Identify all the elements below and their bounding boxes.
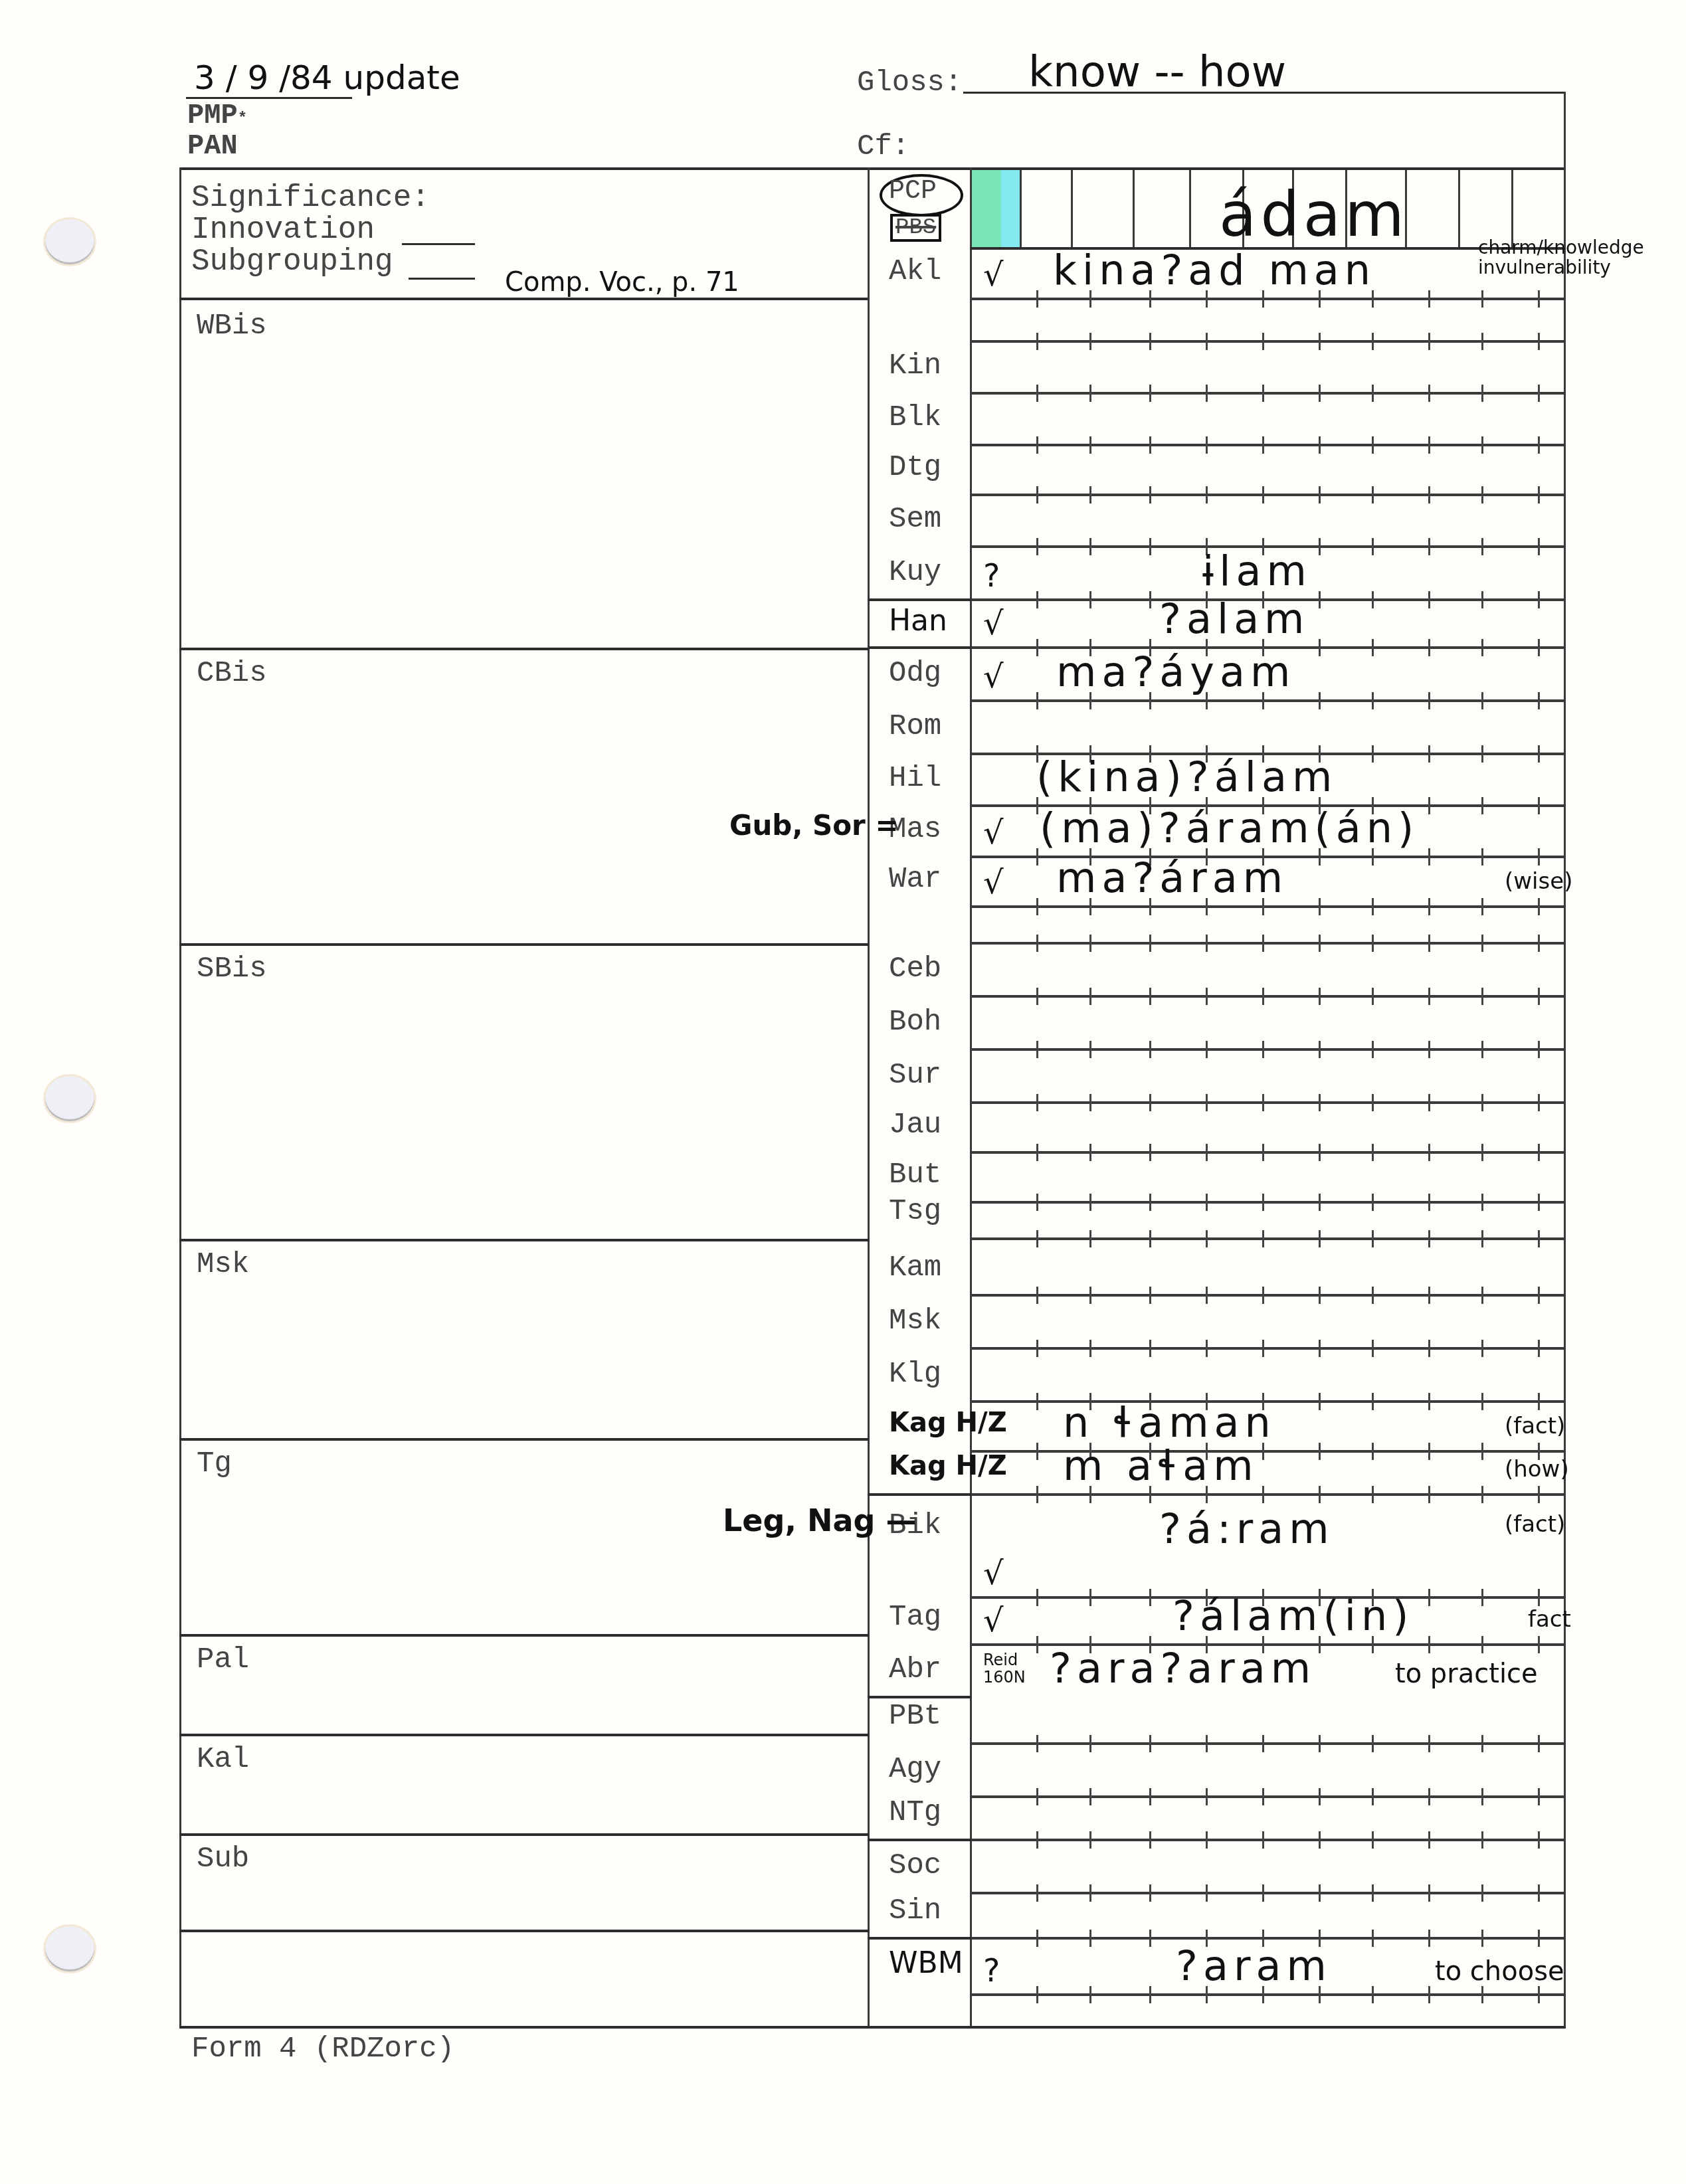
letter-tick [1036,639,1038,656]
section-label-sbis: SBis [197,953,267,986]
letter-tick [1089,1788,1091,1805]
letter-tick [1428,1986,1430,2003]
meaning-note: fact [1528,1606,1571,1633]
letter-tick [1206,1340,1208,1357]
letter-tick [1262,333,1264,350]
letter-tick [1319,935,1321,952]
letter-tick [1481,1486,1483,1503]
letter-tick [1089,988,1091,1005]
letter-tick [1428,1443,1430,1460]
entry-ruled-line [970,1294,1565,1297]
meaning-note: charm/knowledge invulnerability [1478,238,1638,278]
letter-tick [1372,1884,1374,1902]
letter-tick [1089,436,1091,454]
letter-tick [1428,1230,1430,1247]
letter-tick [1036,935,1038,952]
letter-tick [1089,1884,1091,1902]
form-left-border [179,167,181,2027]
language-label: Sem [889,503,941,536]
section-divider [179,1833,869,1836]
check-mark-icon: √ [983,658,1004,695]
letter-tick [1428,333,1430,350]
gloss-underline [963,92,1564,94]
letter-tick [1319,385,1321,402]
check-mark-icon: √ [983,605,1004,642]
cognate-form[interactable]: (ma)?áram(án) [1040,804,1419,852]
letter-tick [1089,1930,1091,1947]
letter-tick [1149,385,1151,402]
section-divider [179,1239,869,1241]
protoform-reconstruction: ádam [1219,179,1408,250]
letter-tick [1262,1230,1264,1247]
letter-tick [1149,333,1151,350]
letter-tick [1206,1831,1208,1849]
letter-tick [1538,1589,1540,1606]
letter-tick [1481,1443,1483,1460]
meaning-note: (fact) [1505,1413,1565,1439]
letter-tick [1036,1486,1038,1503]
letter-tick [1428,1393,1430,1410]
letter-tick [1036,1443,1038,1460]
letter-tick [1538,290,1540,308]
meaning-note: (wise) [1505,868,1572,895]
letter-tick [1319,1735,1321,1752]
letter-tick [1319,1393,1321,1410]
letter-tick [1206,1884,1208,1902]
letter-tick [1262,436,1264,454]
letter-tick [1428,1041,1430,1058]
letter-tick [1089,1094,1091,1111]
letter-tick [1319,1144,1321,1161]
check-mark-icon: √ [983,1555,1004,1592]
cognate-form[interactable]: ɨlam [1202,547,1312,595]
entry-ruled-line [970,340,1565,343]
middle-divider [868,1493,971,1496]
letter-tick [1089,538,1091,555]
letter-tick [1036,1636,1038,1653]
letter-tick [1319,988,1321,1005]
entry-ruled-line [970,1839,1565,1841]
letter-tick [1262,1340,1264,1357]
gloss-label: Gloss: [857,66,962,100]
letter-tick [1538,1287,1540,1304]
letter-tick [1089,486,1091,503]
letter-tick [1538,639,1540,656]
language-label: Sin [889,1894,941,1928]
letter-tick [1149,591,1151,608]
section-label-pal: Pal [197,1643,249,1677]
letter-tick [1372,1486,1374,1503]
letter-tick [1319,1443,1321,1460]
hole-punch-middle [45,1076,94,1121]
letter-tick [1149,486,1151,503]
letter-tick [1089,1735,1091,1752]
letter-tick [1262,1486,1264,1503]
letter-tick [1538,935,1540,952]
letter-tick [1206,1094,1208,1111]
letter-tick [1481,1041,1483,1058]
cognate-form[interactable]: ?alam [1159,594,1310,643]
hole-punch-top [45,219,94,264]
letter-tick [1372,1930,1374,1947]
letter-tick [1372,1194,1374,1211]
letter-tick [1036,538,1038,555]
letter-tick [1036,436,1038,454]
pbs-struck-label: PBS [890,214,941,242]
letter-tick [1538,1930,1540,1947]
section-divider [179,1734,869,1736]
letter-tick [1036,898,1038,915]
letter-tick [1319,591,1321,608]
letter-tick [1319,1194,1321,1211]
letter-tick [1538,436,1540,454]
letter-tick [1089,1041,1091,1058]
letter-tick [1206,988,1208,1005]
letter-tick [1262,1144,1264,1161]
letter-tick [1262,1041,1264,1058]
cognate-form[interactable]: (kina)?álam [1036,753,1337,801]
entry-ruled-line [970,995,1565,998]
letter-cell-divider [1133,170,1135,248]
letter-tick [1036,290,1038,308]
cognate-form[interactable]: kina?ad man [1053,246,1376,294]
meaning-note: (how) [1505,1456,1569,1483]
letter-tick [1481,639,1483,656]
section-divider [179,1930,869,1932]
mas-side-note: Gub, Sor = [729,809,899,842]
entry-column-left-border [970,167,972,2027]
letter-tick [1428,1930,1430,1947]
language-label: Kam [889,1251,941,1285]
pmp-asterisk: * [238,110,247,128]
letter-cell-divider [1020,170,1022,248]
letter-tick [1262,1735,1264,1752]
letter-tick [1206,1735,1208,1752]
meaning-note: to choose [1435,1956,1564,1987]
letter-tick [1481,1393,1483,1410]
letter-tick [1372,1287,1374,1304]
letter-tick [1206,1144,1208,1161]
entry-ruled-line [970,1450,1565,1453]
letter-tick [1538,745,1540,763]
letter-tick [1089,1230,1091,1247]
letter-tick [1149,1930,1151,1947]
letter-tick [1538,1194,1540,1211]
pcp-label: PCP [889,177,937,207]
entry-ruled-line [970,1151,1565,1154]
letter-tick [1481,935,1483,952]
letter-tick [1481,1636,1483,1653]
date-note: 3 / 9 /84 update [194,58,460,97]
entry-ruled-line [970,1237,1565,1240]
check-mark-icon: √ [983,814,1004,852]
letter-tick [1538,1393,1540,1410]
cognate-form[interactable]: ?á:ram [1159,1504,1335,1553]
letter-tick [1538,1884,1540,1902]
letter-tick [1538,1340,1540,1357]
letter-tick [1538,848,1540,865]
middle-divider [868,1937,971,1940]
check-mark-icon: √ [983,1602,1004,1639]
language-label: Tsg [889,1195,941,1228]
letter-tick [1149,1340,1151,1357]
letter-tick [1206,486,1208,503]
letter-tick [1149,1094,1151,1111]
cognate-form[interactable]: m aɬam [1063,1441,1259,1490]
letter-tick [1149,1144,1151,1161]
language-label: Kin [889,349,941,383]
subgrouping-blank[interactable] [409,278,475,280]
language-label: Ceb [889,953,941,986]
innovation-blank[interactable] [402,243,475,245]
letter-tick [1428,1486,1430,1503]
letter-tick [1319,333,1321,350]
letter-tick [1089,591,1091,608]
letter-tick [1262,1194,1264,1211]
cognate-form[interactable]: ?álam(in) [1172,1592,1414,1640]
language-label: Klg [889,1358,941,1391]
language-label: PBt [889,1700,941,1733]
entry-ruled-line [970,1795,1565,1798]
letter-tick [1481,1930,1483,1947]
letter-tick [1538,898,1540,915]
section-label-tg: Tg [197,1447,232,1481]
letter-tick [1372,1230,1374,1247]
letter-cell-divider [1189,170,1191,248]
letter-tick [1372,385,1374,402]
language-label: NTg [889,1796,941,1829]
entry-ruled-line [970,1892,1565,1894]
letter-tick [1372,1788,1374,1805]
letter-tick [1149,1986,1151,2003]
letter-tick [1481,797,1483,814]
letter-tick [1428,591,1430,608]
section-label-kal: Kal [197,1743,249,1776]
letter-tick [1481,848,1483,865]
meaning-note: to practice [1395,1659,1538,1689]
letter-tick [1206,935,1208,952]
letter-tick [1206,1788,1208,1805]
entry-ruled-line [970,942,1565,945]
letter-tick [1428,1884,1430,1902]
letter-tick [1372,436,1374,454]
letter-tick [1149,436,1151,454]
entry-ruled-line [970,1048,1565,1051]
letter-tick [1481,1735,1483,1752]
gloss-value[interactable]: know -- how [1028,48,1286,97]
section-label-msk: Msk [197,1248,249,1281]
letter-tick [1428,1735,1430,1752]
section-divider [179,648,869,650]
letter-tick [1481,486,1483,503]
letter-tick [1481,1230,1483,1247]
letter-tick [1149,1589,1151,1606]
language-label: Han [889,604,947,638]
letter-tick [1036,1094,1038,1111]
letter-tick [1262,1287,1264,1304]
letter-tick [1428,436,1430,454]
letter-tick [1036,1589,1038,1606]
letter-tick [1428,1589,1430,1606]
letter-tick [1089,1194,1091,1211]
letter-tick [1149,1287,1151,1304]
middle-divider [868,598,971,601]
letter-tick [1372,538,1374,555]
letter-tick [1372,1041,1374,1058]
letter-tick [1428,538,1430,555]
letter-tick [1036,1194,1038,1211]
letter-tick [1428,639,1430,656]
letter-tick [1206,1194,1208,1211]
letter-tick [1428,1831,1430,1849]
letter-tick [1149,1884,1151,1902]
letter-tick [1319,1094,1321,1111]
highlight-cyan [1001,170,1020,248]
language-label: Msk [889,1305,941,1338]
letter-tick [1481,745,1483,763]
letter-tick [1089,1589,1091,1606]
letter-tick [1262,486,1264,503]
check-mark-icon: √ [983,256,1004,294]
letter-tick [1089,385,1091,402]
letter-tick [1538,1788,1540,1805]
letter-tick [1481,1144,1483,1161]
cognate-form[interactable]: n ɬaman [1063,1398,1276,1447]
entry-ruled-line [970,1101,1565,1104]
letter-tick [1372,988,1374,1005]
letter-tick [1036,1930,1038,1947]
bik-side-note: Leg, Nag — [723,1502,916,1538]
subgrouping-label: Subgrouping [191,244,393,279]
entry-ruled-line [970,1742,1565,1745]
language-label: Rom [889,710,941,743]
letter-tick [1538,591,1540,608]
letter-tick [1319,692,1321,709]
language-label: Boh [889,1006,941,1039]
language-label: War [889,863,941,896]
letter-tick [1206,385,1208,402]
letter-tick [1428,848,1430,865]
entry-ruled-line [970,298,1565,300]
letter-tick [1481,988,1483,1005]
letter-tick [1206,1041,1208,1058]
innovation-label: Innovation [191,213,375,247]
letter-tick [1036,1788,1038,1805]
language-label: Agy [889,1753,941,1786]
letter-tick [1149,538,1151,555]
letter-tick [1481,1094,1483,1111]
letter-tick [1036,1340,1038,1357]
letter-tick [1319,639,1321,656]
letter-tick [1428,797,1430,814]
meaning-note: (fact) [1505,1511,1565,1538]
language-label: Kuy [889,556,941,589]
letter-tick [1538,1986,1540,2003]
letter-tick [1481,385,1483,402]
language-label: But [889,1158,941,1192]
letter-tick [1149,1788,1151,1805]
letter-tick [1538,1735,1540,1752]
letter-tick [1481,1589,1483,1606]
letter-tick [1206,1230,1208,1247]
letter-tick [1481,692,1483,709]
letter-tick [1428,898,1430,915]
letter-tick [1428,1144,1430,1161]
letter-tick [1036,1735,1038,1752]
language-label: Akl [889,255,941,288]
letter-tick [1428,385,1430,402]
middle-divider [868,1839,971,1841]
letter-tick [1481,436,1483,454]
section-label-cbis: CBis [197,657,267,690]
letter-tick [1428,1788,1430,1805]
letter-tick [1319,436,1321,454]
entry-ruled-line [970,392,1565,395]
letter-tick [1538,1230,1540,1247]
letter-tick [1036,1884,1038,1902]
letter-tick [1036,333,1038,350]
letter-tick [1036,1144,1038,1161]
cognate-form[interactable]: ?ara?aram [1050,1644,1316,1692]
letter-tick [1036,385,1038,402]
cf-label: Cf: [857,130,909,163]
entry-ruled-line [970,494,1565,496]
letter-tick [1538,1094,1540,1111]
letter-tick [1262,1884,1264,1902]
letter-tick [1319,1486,1321,1503]
letter-tick [1538,1041,1540,1058]
letter-tick [1319,538,1321,555]
cf-right-border [1564,92,1566,168]
pan-label: PAN [187,130,238,162]
letter-tick [1149,1735,1151,1752]
letter-tick [1036,1393,1038,1410]
significance-bottom [179,298,868,300]
reference-note: Comp. Voc., p. 71 [505,267,739,298]
letter-tick [1538,486,1540,503]
letter-tick [1372,486,1374,503]
cognate-form[interactable]: ma?áram [1056,854,1288,902]
letter-tick [1538,333,1540,350]
entry-ruled-line [970,1993,1565,1996]
letter-tick [1319,1287,1321,1304]
letter-tick [1481,538,1483,555]
letter-tick [1036,988,1038,1005]
letter-tick [1036,848,1038,865]
check-mark-icon: √ [983,864,1004,901]
letter-tick [1319,1340,1321,1357]
letter-tick [1262,988,1264,1005]
cognate-form[interactable]: ?aram [1176,1942,1332,1990]
letter-tick [1372,1144,1374,1161]
letter-tick [1372,591,1374,608]
letter-tick [1428,692,1430,709]
cognate-form[interactable]: ma?áyam [1056,648,1295,696]
letter-tick [1206,333,1208,350]
letter-tick [1538,538,1540,555]
letter-tick [1372,935,1374,952]
letter-tick [1428,935,1430,952]
letter-tick [1036,1831,1038,1849]
pmp-label: PMP* [187,100,247,132]
letter-tick [1319,486,1321,503]
letter-tick [1319,1831,1321,1849]
language-label: Soc [889,1849,941,1882]
letter-tick [1372,898,1374,915]
letter-tick [1372,1393,1374,1410]
letter-tick [1036,1230,1038,1247]
letter-tick [1372,745,1374,763]
